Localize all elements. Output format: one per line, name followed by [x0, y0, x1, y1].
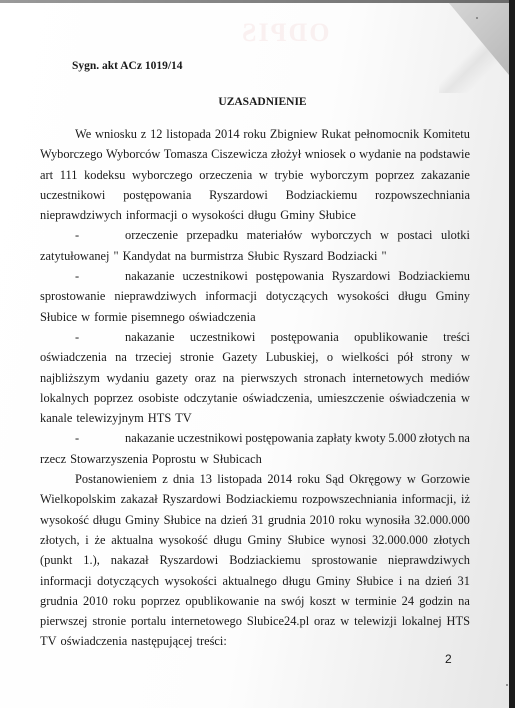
text-line: -nakazanieuczestnikowipostępowaniaRyszar… — [40, 266, 470, 286]
list-dash: - — [75, 266, 125, 286]
scan-speck — [506, 684, 508, 686]
list-dash: - — [75, 428, 125, 448]
text-line: rzeczStowarzyszeniaPoprostuwSłubicach — [40, 449, 470, 469]
text-line: Postanowieniemzdnia13listopada2014rokuSą… — [40, 469, 470, 489]
scan-speck — [476, 17, 478, 19]
text-line: wysokośćdługuGminySłubicenadzień31grudni… — [40, 510, 470, 530]
text-line: pierwszejstronieportaluinternetowegoSlub… — [40, 611, 470, 631]
text-line: Wewnioskuz12listopada2014rokuZbigniewRuk… — [40, 124, 470, 144]
text-line: -nakazanieuczestnikowipostępowaniaopubli… — [40, 327, 470, 347]
text-line: najbliższymwydaniugazetyoraznapierwszych… — [40, 368, 470, 388]
heading-text: UZASADNIENIE — [218, 96, 306, 108]
text-line: grudnia2010rokupoprzezopublikowanienaswó… — [40, 591, 470, 611]
text-line: -nakazanieuczestnikowipostępowaniazapłat… — [40, 428, 470, 448]
document-body: Wewnioskuz12listopada2014rokuZbigniewRuk… — [40, 124, 470, 652]
text-line: TVoświadczenianastępującejtreści: — [40, 631, 470, 651]
text-line: złotych,iżeaktualnawysokośćdługuGminySłu… — [40, 530, 470, 550]
text-line: (punkt1.),nakazałRyszardowiBodziackiemus… — [40, 550, 470, 570]
text-line: lokalnychpoprzezosobisteodczytanieoświad… — [40, 388, 470, 408]
text-line: -orzeczenieprzepadkumateriałówwyborczych… — [40, 225, 470, 245]
text-line: sprostowanienieprawdziwychinformacjidoty… — [40, 286, 470, 306]
case-signature: Sygn. akt ACz 1019/14 — [72, 60, 183, 72]
scanner-top-edge — [0, 0, 515, 3]
list-dash: - — [75, 225, 125, 245]
text-line: nieprawdziwychinformacjiowysokościdługuG… — [40, 205, 470, 225]
text-line: WyborczegoWyborcówTomaszaCiszewiczazłoży… — [40, 144, 470, 164]
text-line: oświadczenianatrzeciejstronieGazetyLubus… — [40, 347, 470, 367]
watermark-stamp: ODPIS — [240, 18, 329, 48]
page-number: 2 — [445, 652, 452, 666]
list-dash: - — [75, 327, 125, 347]
text-line: art111kodeksuwyborczegoorzeczeniawtrybie… — [40, 165, 470, 185]
text-line: WielkopolskimzakazałRyszardowiBodziackie… — [40, 489, 470, 509]
text-line: uczestnikowipostępowaniaRyszardowiBodzia… — [40, 185, 470, 205]
document-heading: UZASADNIENIE — [0, 96, 515, 108]
text-line: kanaletelewizyjnymHTSTV — [40, 408, 470, 428]
text-line: informacjidotyczącychwysokościaktualnego… — [40, 571, 470, 591]
text-line: Słubicewformiepisemnegooświadczenia — [40, 307, 470, 327]
text-line: zatytułowanej"KandydatnaburmistrzaSłubic… — [40, 246, 470, 266]
